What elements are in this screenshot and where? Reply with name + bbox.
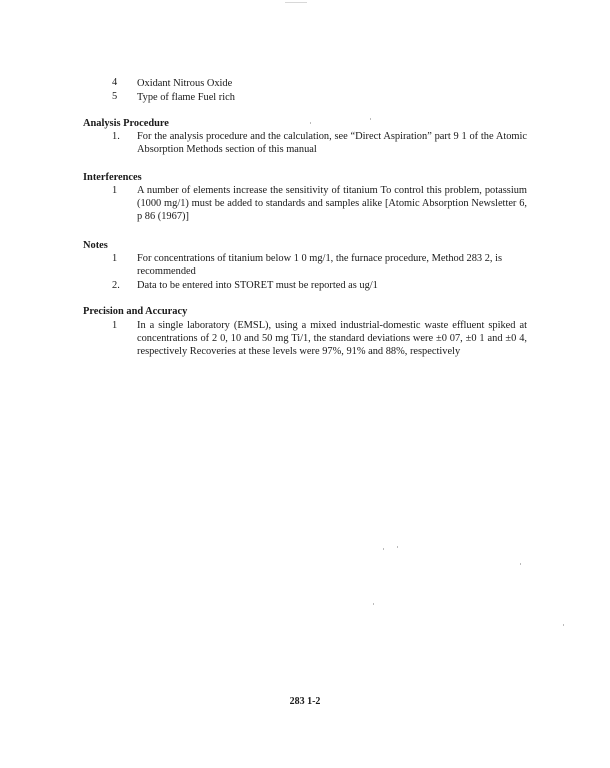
item-number: 2. xyxy=(112,280,120,291)
section-heading-interferences: Interferences xyxy=(83,172,142,183)
scan-speck xyxy=(310,122,311,124)
param-text: Type of flame Fuel rich xyxy=(137,91,235,104)
item-text: In a single laboratory (EMSL), using a m… xyxy=(137,320,527,358)
page-number: 283 1-2 xyxy=(0,696,610,707)
item-text: For concentrations of titanium below 1 0… xyxy=(137,253,527,279)
item-number: 1 xyxy=(112,185,117,196)
param-number: 5 xyxy=(112,91,117,102)
scan-speck xyxy=(370,118,371,120)
scan-speck xyxy=(383,548,384,550)
item-number: 1 xyxy=(112,320,117,331)
item-text: Data to be entered into STORET must be r… xyxy=(137,280,527,293)
item-text: For the analysis procedure and the calcu… xyxy=(137,131,527,157)
scan-speck xyxy=(373,603,374,605)
item-text: A number of elements increase the sensit… xyxy=(137,185,527,223)
document-page: 4 Oxidant Nitrous Oxide 5 Type of flame … xyxy=(0,0,610,768)
section-heading-analysis-procedure: Analysis Procedure xyxy=(83,118,169,129)
scan-speck xyxy=(372,352,373,354)
section-heading-notes: Notes xyxy=(83,240,108,251)
item-number: 1 xyxy=(112,253,117,264)
param-number: 4 xyxy=(112,77,117,88)
item-number: 1. xyxy=(112,131,120,142)
scan-speck xyxy=(397,546,398,548)
section-heading-precision-accuracy: Precision and Accuracy xyxy=(83,306,187,317)
scan-speck xyxy=(520,563,521,565)
param-text: Oxidant Nitrous Oxide xyxy=(137,77,232,90)
scan-speck xyxy=(563,624,564,626)
